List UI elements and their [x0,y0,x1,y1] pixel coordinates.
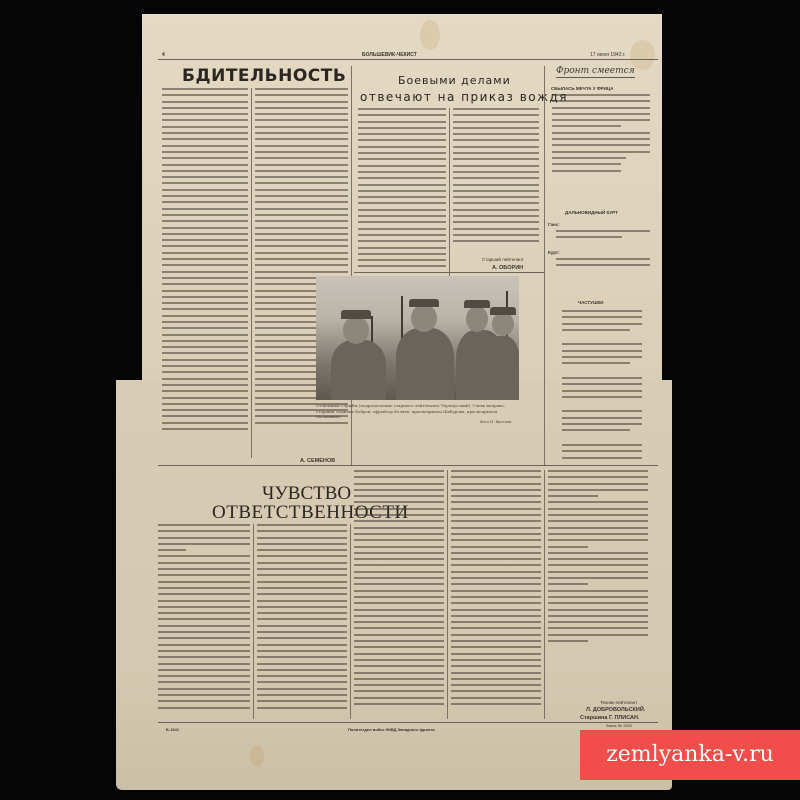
author-vigilance: А. СЕМЕНОВ [300,458,335,464]
footer-publisher: Политотдел войск НКВД Западного фронта. [348,727,436,732]
article-text-responsibility-col4 [451,470,541,716]
item-text-chastushki [562,310,642,460]
article-title-vigilance: БДИТЕЛЬНОСТЬ [182,66,346,86]
item-title-kurt: ДАЛЬНОВИДНЫЙ КУРТ [565,210,618,215]
paper-stain [420,20,440,50]
article-text-responsibility-col1 [158,524,250,716]
section-title-front-laughs: Фронт смеется [556,66,635,78]
page-number: 4 [162,52,165,58]
section-rule [354,272,544,273]
author-rank-combat: Старший лейтенант [482,257,524,262]
author-combat: А. ОБОРИН [492,265,523,271]
paper-name: БОЛЬШЕВИК-ЧЕКИСТ [362,52,417,58]
speaker-kurt: Курт: [548,250,560,255]
photo-credit: Фото И. Киселев. [480,420,512,426]
footer-rule [158,722,658,723]
photo-caption: Отличники службы (подразделение старшего… [316,403,519,420]
section-rule [158,465,658,466]
item-title-dream: СБЫЛАСЬ МЕЧТА У ФРИЦА [551,86,613,91]
paper-stain [250,745,264,767]
article-text-combat-col2 [453,108,539,253]
item-text-dream [552,94,650,180]
column-divider [544,470,545,719]
watermark-banner: zemlyanka-v.ru [580,730,800,780]
column-divider [350,524,351,719]
article-title-combat-line2: отвечают на приказ вождя [360,90,568,104]
article-title-combat-line1: Боевыми делами [398,74,511,87]
column-divider [447,470,448,719]
column-divider [253,524,254,719]
column-divider [251,88,252,458]
column-divider [449,108,450,278]
footer-code: Б-1941 [166,727,179,732]
author1-responsibility: Л. ДОБРОВОЛЬСКИЙ. [586,707,645,713]
article-text-responsibility-col3 [354,470,444,716]
column-divider [544,66,545,466]
item-text-kurt-1 [556,230,650,244]
article-text-combat-col1 [358,108,446,283]
speaker-hans: Ганс: [548,222,560,227]
soldiers-photo [316,276,519,400]
header-rule [158,59,658,60]
item-title-chastushki: ЧАСТУШКИ [578,300,604,305]
item-text-kurt-2 [556,258,650,272]
article-text-responsibility-col5 [548,470,648,655]
author2-responsibility: Старшина Г. ПЛИСАН. [580,715,640,721]
issue-date: 17 июня 1943 г. [590,52,625,58]
footer-order: Заказ № 1393 [606,723,632,728]
article-text-responsibility-col2 [257,524,347,716]
article-text-vigilance-col1 [162,88,248,443]
author1-rank-responsibility: Техник-лейтенант [600,700,637,705]
